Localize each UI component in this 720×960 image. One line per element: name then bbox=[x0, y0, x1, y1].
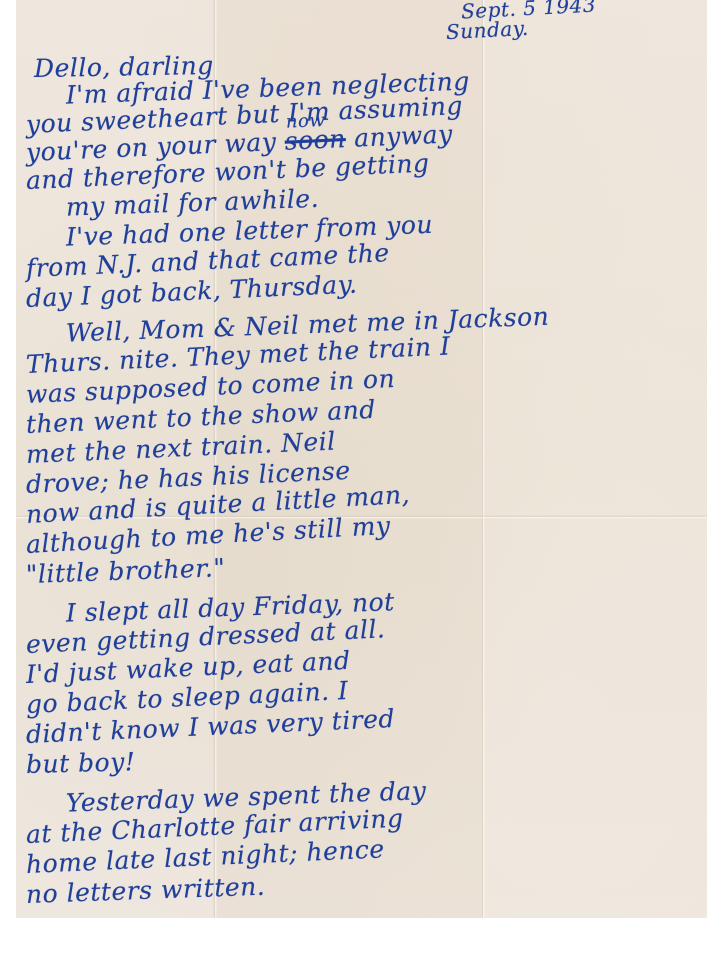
edited-word: soon now bbox=[284, 124, 355, 156]
letter-line-text: anyway bbox=[354, 119, 454, 152]
letter-page: Sept. 5 1943 Sunday. Dello, darling I'm … bbox=[16, 0, 707, 918]
letter-line: but boy! bbox=[26, 747, 136, 779]
letter-line: "little brother." bbox=[25, 553, 225, 589]
inserted-word: now bbox=[285, 110, 325, 133]
fold-crease-vertical-right bbox=[481, 0, 485, 918]
letter-day: Sunday. bbox=[445, 16, 529, 44]
